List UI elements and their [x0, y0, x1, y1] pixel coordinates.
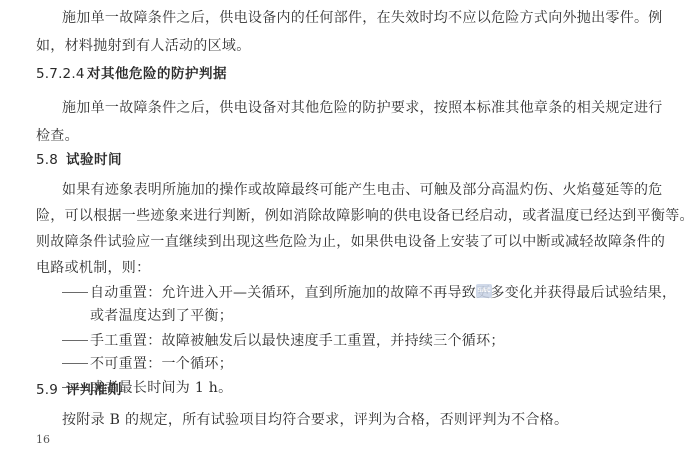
- list-item-continuation: 或者温度达到了平衡；: [90, 306, 233, 326]
- paragraph-line: 按附录 B 的规定，所有试验项目均符合要求，评判为合格，否则评判为不合格。: [62, 410, 568, 430]
- section-number: 5.8: [36, 150, 66, 170]
- paragraph-line: 电路或机制，则：: [36, 258, 150, 278]
- paragraph-line: 如果有迹象表明所施加的操作或故障最终可能产生电击、可触及部分高温灼伤、火焰蔓延等…: [62, 180, 663, 200]
- paragraph-line: 险，可以根据一些迹象来进行判断，例如消除故障影响的供电设备已经启动，或者温度已经…: [36, 206, 694, 226]
- em-dash-marker: [62, 292, 88, 293]
- sac-watermark-icon: SAC: [476, 284, 492, 298]
- paragraph-line: 如，材料抛射到有人活动的区域。: [36, 36, 251, 56]
- section-number: 5.9: [36, 380, 66, 400]
- list-item-text: 自动重置：允许进入开—关循环，直到所施加的故障不再导致更多变化并获得最后试验结果…: [90, 285, 676, 301]
- em-dash-marker: [62, 340, 88, 341]
- paragraph-line: 施加单一故障条件之后，供电设备对其他危险的防护要求，按照本标准其他章条的相关规定…: [62, 98, 663, 118]
- section-heading-5-9: 5.9评判准则: [36, 380, 122, 400]
- section-number: 5.7.2.4: [36, 64, 87, 84]
- list-item: 不可重置：一个循环；: [62, 354, 233, 374]
- list-item: 手工重置：故障被触发后以最快速度手工重置，并持续三个循环；: [62, 331, 505, 351]
- section-heading-5-7-2-4: 5.7.2.4对其他危险的防护判据: [36, 64, 227, 84]
- section-title: 评判准则: [66, 382, 122, 398]
- em-dash-marker: [62, 363, 88, 364]
- paragraph-line: 检查。: [36, 126, 79, 146]
- page-number: 16: [36, 433, 50, 446]
- section-heading-5-8: 5.8试验时间: [36, 150, 122, 170]
- list-item-text: 不可重置：一个循环；: [90, 356, 233, 372]
- document-page: 施加单一故障条件之后，供电设备内的任何部件，在失效时均不应以危险方式向外抛出零件…: [0, 0, 700, 461]
- list-item: 自动重置：允许进入开—关循环，直到所施加的故障不再导致更多变化并获得最后试验结果…: [62, 283, 676, 303]
- list-item-text: 手工重置：故障被触发后以最快速度手工重置，并持续三个循环；: [90, 333, 505, 349]
- paragraph-line: 施加单一故障条件之后，供电设备内的任何部件，在失效时均不应以危险方式向外抛出零件…: [62, 8, 663, 28]
- paragraph-line: 则故障条件试验应一直继续到出现这些危险为止，如果供电设备上安装了可以中断或减轻故…: [36, 232, 665, 252]
- section-title: 对其他危险的防护判据: [87, 66, 227, 82]
- section-title: 试验时间: [66, 152, 122, 168]
